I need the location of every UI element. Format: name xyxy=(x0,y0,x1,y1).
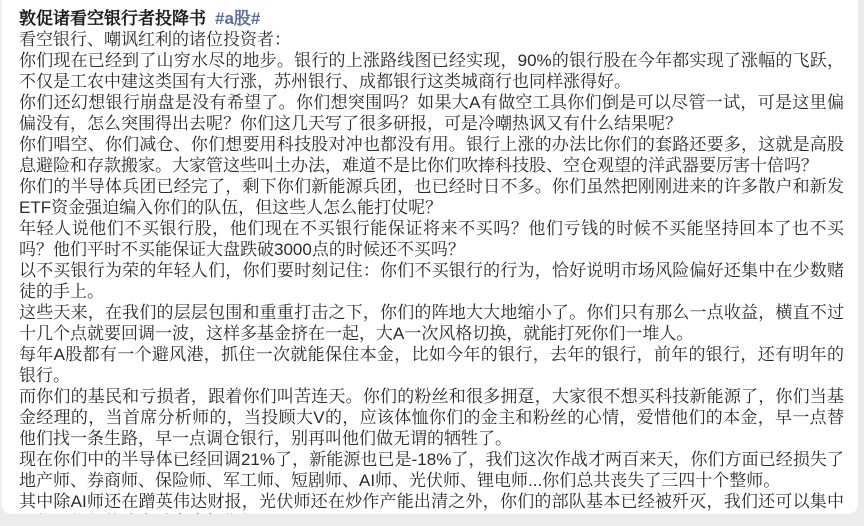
paragraph: 你们还幻想银行崩盘是没有希望了。你们想突围吗？如果大A有做空工具你们倒是可以尽管… xyxy=(19,92,844,134)
post-title-line: 敦促诸看空银行者投降书#a股# xyxy=(19,8,844,29)
paragraph: 每年A股都有一个避风港，抓住一次就能保住本金，比如今年的银行，去年的银行，前年的… xyxy=(19,344,844,386)
paragraph: 现在你们中的半导体已经回调21%了，新能源也已是-18%了，我们这次作战才两百来… xyxy=(19,449,844,491)
page-frame: 敦促诸看空银行者投降书#a股# 看空银行、嘲讽红利的诸位投资者： 你们现在已经到… xyxy=(0,0,864,526)
paragraph: 这些天来，在我们的层层包围和重重打击之下，你们的阵地大大地缩小了。你们只有那么一… xyxy=(19,302,844,344)
paragraph: 而你们的基民和亏损者，跟着你们叫苦连天。你们的粉丝和很多拥趸，大家很不想买科技新… xyxy=(19,386,844,449)
post-title: 敦促诸看空银行者投降书 xyxy=(19,9,206,28)
paragraph: 你们现在已经到了山穷水尽的地步。银行的上涨路线图已经实现，90%的银行股在今年都… xyxy=(19,50,844,92)
stock-topic-hashtag-link[interactable]: #a股# xyxy=(215,9,260,28)
paragraph: 其中除AI师还在蹭英伟达财报，光伏师还在炒作产能出清之外，你们的部队基本已经被歼… xyxy=(19,491,844,514)
post-card: 敦促诸看空银行者投降书#a股# 看空银行、嘲讽红利的诸位投资者： 你们现在已经到… xyxy=(1,0,858,514)
paragraph-salutation: 看空银行、嘲讽红利的诸位投资者： xyxy=(19,29,844,50)
post-body: 敦促诸看空银行者投降书#a股# 看空银行、嘲讽红利的诸位投资者： 你们现在已经到… xyxy=(19,8,844,514)
paragraph: 你们的半导体兵团已经完了，剩下你们新能源兵团，也已经时日不多。你们虽然把刚刚进来… xyxy=(19,176,844,218)
paragraph: 年轻人说他们不买银行股，他们现在不买银行能保证将来不买吗？他们亏钱的时候不买能坚… xyxy=(19,218,844,260)
paragraph: 你们唱空、你们减仓、你们想要用科技股对冲也都没有用。银行上涨的办法比你们的套路还… xyxy=(19,134,844,176)
paragraph: 以不买银行为荣的年轻人们，你们要时刻记住：你们不买银行的行为，恰好说明市场风险偏… xyxy=(19,260,844,302)
